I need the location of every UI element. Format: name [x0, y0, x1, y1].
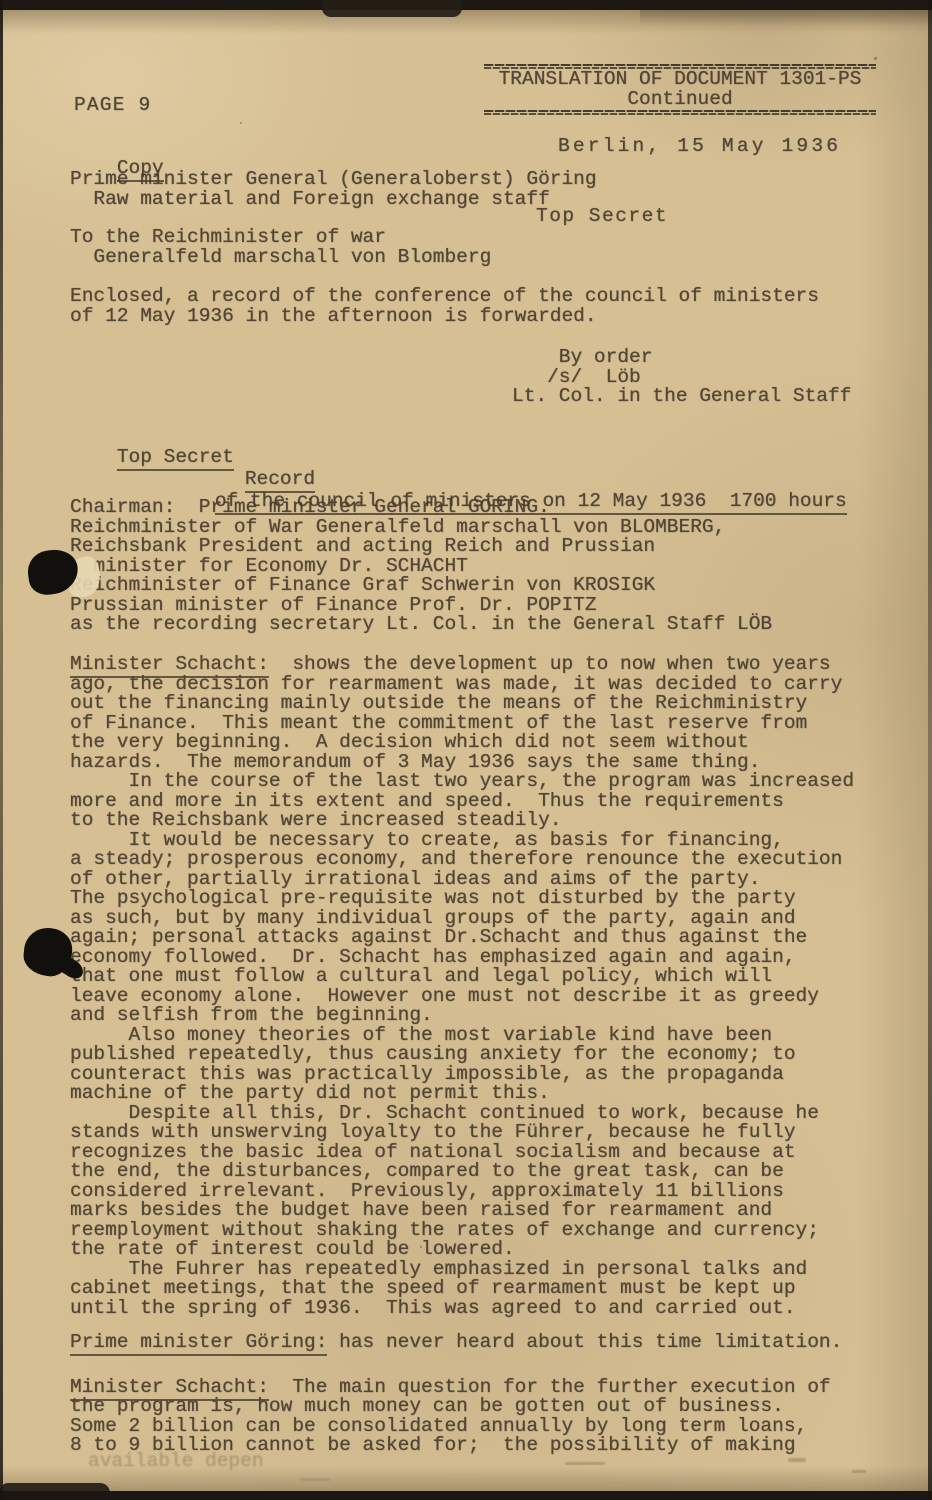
text-line: By order	[512, 348, 851, 368]
text-line: Prime minister Göring: has never heard a…	[70, 1333, 854, 1353]
header-rule-bottom	[484, 110, 876, 115]
text-line: Chairman: Prime minister General GORING.	[70, 498, 772, 518]
text-line: that one must follow a cultural and lega…	[70, 967, 854, 987]
text-line: marks besides the budget have been raise…	[70, 1201, 854, 1221]
paper-speck	[650, 668, 652, 670]
text-line: Reichminister of Finance Graf Schwerin v…	[70, 576, 772, 596]
enclosure-note: Enclosed, a record of the conference of …	[70, 287, 819, 326]
text-line: a steady; prosperous economy, and theref…	[70, 850, 854, 870]
text-line: In the course of the last two years, the…	[70, 772, 854, 792]
text-line: again; personal attacks against Dr.Schac…	[70, 928, 854, 948]
paragraph: Prime minister Göring: has never heard a…	[70, 1333, 854, 1353]
text-line: to the Reichsbank were increased steadil…	[70, 811, 854, 831]
text-line: cabinet meetings, that the speed of rear…	[70, 1279, 854, 1299]
scan-top-smudge	[322, 0, 462, 17]
text-line: the rate of interest could be lowered.	[70, 1240, 854, 1260]
paragraph: Minister Schacht: The main question for …	[70, 1378, 854, 1456]
right-edge-shadow	[858, 0, 932, 1500]
text-line: Lt. Col. in the General Staff	[512, 387, 851, 407]
scan-top-border	[0, 0, 932, 10]
scan-left-border	[0, 0, 3, 1500]
paragraph: Minister Schacht: shows the development …	[70, 655, 854, 831]
text-line: the program is, how much money can be go…	[70, 1397, 854, 1417]
text-line: and selfish from the beginning.	[70, 1006, 854, 1026]
translation-header-title: TRANSLATION OF DOCUMENT 1301-PS	[484, 70, 876, 90]
paragraph: The Fuhrer has repeatedly emphasized in …	[70, 1260, 854, 1319]
paper-speck	[240, 122, 242, 124]
record-body: Minister Schacht: shows the development …	[70, 655, 854, 1456]
translation-header-continued: Continued	[484, 90, 876, 110]
text-line: published repeatedly, thus causing anxie…	[70, 1045, 854, 1065]
text-line: Raw material and Foreign exchange staff	[70, 190, 597, 210]
text-line: Reichsbank President and acting Reich an…	[70, 537, 772, 557]
paragraph: Also money theories of the most variable…	[70, 1026, 854, 1104]
page-number-label: PAGE 9	[74, 96, 151, 116]
dateline: Berlin, 15 May 1936	[558, 137, 841, 157]
text-line: the end, the disturbances, compared to t…	[70, 1162, 854, 1182]
stray-mark	[788, 1458, 806, 1462]
text-line: Minister Schacht: shows the development …	[70, 655, 854, 675]
by-order-signature-block: By order /s/ LöbLt. Col. in the General …	[512, 348, 851, 407]
paragraph: It would be necessary to create, as basi…	[70, 831, 854, 1026]
text-line: The psychological pre-requisite was not …	[70, 889, 854, 909]
scan-right-border	[928, 0, 932, 1500]
scan-bottom-corner-smudge	[0, 1483, 110, 1500]
paragraph: Despite all this, Dr. Schacht continued …	[70, 1104, 854, 1260]
classification-label: Top Secret	[536, 207, 668, 227]
bottom-edge-shadow	[0, 1466, 932, 1491]
to-address-block: To the Reichminister of war Generalfeld …	[70, 228, 491, 267]
speaker-label: Prime minister Göring:	[70, 1331, 327, 1356]
text-line: of 12 May 1936 in the afternoon is forwa…	[70, 307, 819, 327]
text-line: stands with unswerving loyalty to the Fü…	[70, 1123, 854, 1143]
text-line: as the recording secretary Lt. Col. in t…	[70, 615, 772, 635]
scan-bottom-border	[0, 1491, 932, 1500]
from-address-block: Prime minister General (Generaloberst) G…	[70, 170, 597, 209]
text-line: Prime minister General (Generaloberst) G…	[70, 170, 597, 190]
scanned-document-page: TRANSLATION OF DOCUMENT 1301-PS Continue…	[0, 0, 932, 1500]
text-line: until the spring of 1936. This was agree…	[70, 1299, 854, 1319]
text-line: the very beginning. A decision which did…	[70, 733, 854, 753]
text-line: Enclosed, a record of the conference of …	[70, 287, 819, 307]
stray-mark	[565, 1462, 605, 1465]
text-line: To the Reichminister of war	[70, 228, 491, 248]
text-line: out the financing mainly outside the mea…	[70, 694, 854, 714]
top-right-shadow	[640, 8, 932, 26]
attendees-list: Chairman: Prime minister General GORING.…	[70, 498, 772, 635]
paper-speck	[420, 1246, 422, 1248]
text-line: machine of the party did not permit this…	[70, 1084, 854, 1104]
text-line: Generalfeld marschall von Blomberg	[70, 248, 491, 268]
